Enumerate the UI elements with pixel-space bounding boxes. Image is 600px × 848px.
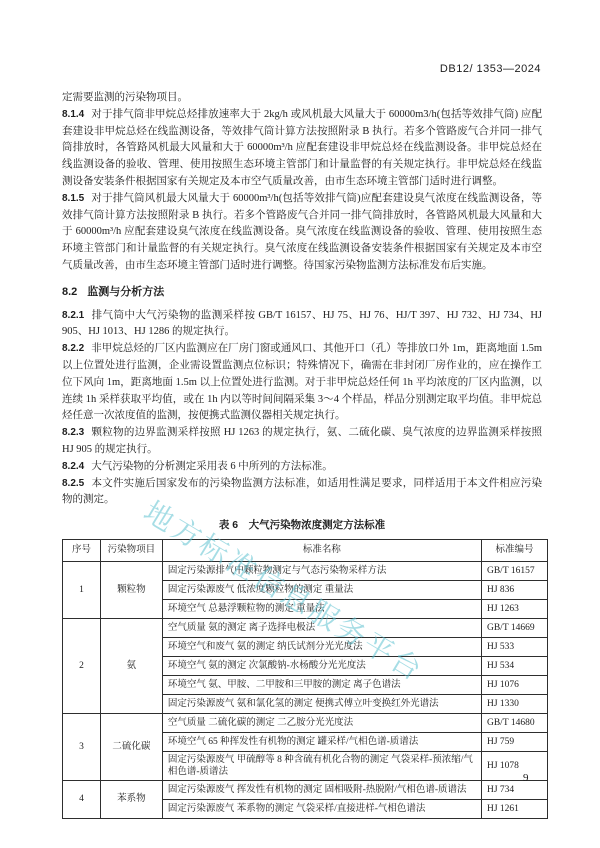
- clause-number: 8.2.4: [62, 461, 91, 472]
- standard-code-cell: HJ 1263: [481, 599, 547, 618]
- standard-name-cell: 环境空气和废气 氨的测定 纳氏试剂分光光度法: [162, 637, 481, 656]
- standard-name-cell: 固定污染源废气 苯系物的测定 气袋采样/直接进样-气相色谱法: [162, 799, 481, 818]
- clause-text: 非甲烷总烃的厂区内监测应在厂房门窗或通风口、其他开口（孔）等排放口外 1m，距离…: [62, 343, 542, 421]
- standard-code-cell: GB/T 14669: [481, 618, 547, 637]
- standard-name-cell: 固定污染源废气 氨和氯化氢的测定 便携式傅立叶变换红外光谱法: [162, 694, 481, 713]
- clause-text: 颗粒物的边界监测采样按照 HJ 1263 的规定执行，氨、二硫化碳、臭气浓度的边…: [62, 427, 542, 455]
- document-code: DB12/ 1353—2024: [440, 63, 541, 75]
- standard-code-cell: GB/T 16157: [481, 561, 547, 580]
- clause-8-2-5: 8.2.5本文件实施后国家发布的污染物监测方法标准，如适用性满足要求，同样适用于…: [62, 476, 542, 510]
- clause-8-1-4: 8.1.4对于排气筒非甲烷总烃排放速率大于 2kg/h 或风机最大风量大于 60…: [62, 107, 542, 191]
- standard-code-cell: HJ 1076: [481, 675, 547, 694]
- pollutant-cell: 颗粒物: [100, 561, 162, 618]
- clause-8-2-3: 8.2.3颗粒物的边界监测采样按照 HJ 1263 的规定执行，氨、二硫化碳、臭…: [62, 425, 542, 459]
- standard-name-cell: 环境空气 氨、甲胺、二甲胺和三甲胺的测定 离子色谱法: [162, 675, 481, 694]
- clause-text: 对于排气筒非甲烷总烃排放速率大于 2kg/h 或风机最大风量大于 60000m3…: [62, 109, 542, 187]
- standard-code-cell: HJ 1330: [481, 694, 547, 713]
- standard-name-cell: 环境空气 氨的测定 次氯酸钠-水杨酸分光光度法: [162, 656, 481, 675]
- standard-name-cell: 固定污染源排气中颗粒物测定与气态污染物采样方法: [162, 561, 481, 580]
- standard-code-cell: HJ 534: [481, 656, 547, 675]
- row-no-cell: 1: [63, 561, 101, 618]
- standard-code-cell: HJ 836: [481, 580, 547, 599]
- standard-code-cell: GB/T 14680: [481, 713, 547, 732]
- page-number: 9: [523, 772, 529, 784]
- standard-code-cell: HJ 1261: [481, 799, 547, 818]
- row-no-cell: 2: [63, 618, 101, 713]
- clause-text: 对于排气筒风机最大风量大于 60000m³/h(包括等效排气筒)应配套建设臭气浓…: [62, 193, 542, 271]
- page-body: 定需要监测的污染物项目。 8.1.4对于排气筒非甲烷总烃排放速率大于 2kg/h…: [62, 90, 542, 819]
- clause-number: 8.1.5: [62, 193, 91, 204]
- clause-text: 大气污染物的分析测定采用表 6 中所列的方法标准。: [91, 461, 333, 472]
- table-row: 3 二硫化碳 空气质量 二硫化碳的测定 二乙胺分光光度法 GB/T 14680: [63, 713, 548, 732]
- col-header-pollutant: 污染物项目: [100, 539, 162, 561]
- row-no-cell: 4: [63, 780, 101, 818]
- row-no-cell: 3: [63, 713, 101, 780]
- pollutant-cell: 氨: [100, 618, 162, 713]
- standard-name-cell: 环境空气 65 种挥发性有机物的测定 罐采样/气相色谱-质谱法: [162, 732, 481, 751]
- pollutant-cell: 苯系物: [100, 780, 162, 818]
- standard-name-cell: 环境空气 总悬浮颗粒物的测定 重量法: [162, 599, 481, 618]
- clause-number: 8.2.1: [62, 310, 91, 321]
- table-row: 1 颗粒物 固定污染源排气中颗粒物测定与气态污染物采样方法 GB/T 16157: [63, 561, 548, 580]
- clause-8-1-5: 8.1.5对于排气筒风机最大风量大于 60000m³/h(包括等效排气筒)应配套…: [62, 191, 542, 275]
- col-header-no: 序号: [63, 539, 101, 561]
- clause-8-2-4: 8.2.4大气污染物的分析测定采用表 6 中所列的方法标准。: [62, 459, 542, 476]
- clause-number: 8.2.3: [62, 427, 91, 438]
- clause-8-2-2: 8.2.2非甲烷总烃的厂区内监测应在厂房门窗或通风口、其他开口（孔）等排放口外 …: [62, 341, 542, 425]
- clause-number: 8.2.2: [62, 343, 91, 354]
- standard-code-cell: HJ 759: [481, 732, 547, 751]
- intro-line: 定需要监测的污染物项目。: [62, 90, 542, 107]
- standard-code-cell: HJ 533: [481, 637, 547, 656]
- section-heading-8-2: 8.2监测与分析方法: [62, 284, 542, 301]
- clause-number: 8.1.4: [62, 109, 91, 120]
- standard-name-cell: 固定污染源废气 甲硫醇等 8 种含硫有机化合物的测定 气袋采样-预浓缩/气相色谱…: [162, 751, 481, 780]
- col-header-standard-name: 标准名称: [162, 539, 481, 561]
- table-row: 2 氨 空气质量 氨的测定 离子选择电极法 GB/T 14669: [63, 618, 548, 637]
- standard-name-cell: 空气质量 二硫化碳的测定 二乙胺分光光度法: [162, 713, 481, 732]
- clause-number: 8.2.5: [62, 478, 91, 489]
- pollutant-cell: 二硫化碳: [100, 713, 162, 780]
- standard-name-cell: 空气质量 氨的测定 离子选择电极法: [162, 618, 481, 637]
- standard-name-cell: 固定污染源废气 挥发性有机物的测定 固相吸附-热脱附/气相色谱-质谱法: [162, 780, 481, 799]
- standard-code-cell: HJ 1078: [481, 751, 547, 780]
- clause-8-2-1: 8.2.1排气筒中大气污染物的监测采样按 GB/T 16157、HJ 75、HJ…: [62, 308, 542, 342]
- section-title: 监测与分析方法: [87, 286, 164, 298]
- clause-text: 本文件实施后国家发布的污染物监测方法标准，如适用性满足要求，同样适用于本文件相应…: [62, 478, 542, 506]
- standard-code-cell: HJ 734: [481, 780, 547, 799]
- table-caption: 表 6 大气污染物浓度测定方法标准: [62, 517, 542, 534]
- section-number: 8.2: [62, 286, 87, 298]
- table-header-row: 序号 污染物项目 标准名称 标准编号: [63, 539, 548, 561]
- clause-text: 排气筒中大气污染物的监测采样按 GB/T 16157、HJ 75、HJ 76、H…: [62, 310, 542, 338]
- standard-name-cell: 固定污染源废气 低浓度颗粒物的测定 重量法: [162, 580, 481, 599]
- standards-table: 序号 污染物项目 标准名称 标准编号 1 颗粒物 固定污染源排气中颗粒物测定与气…: [62, 539, 548, 819]
- table-row: 4 苯系物 固定污染源废气 挥发性有机物的测定 固相吸附-热脱附/气相色谱-质谱…: [63, 780, 548, 799]
- col-header-standard-code: 标准编号: [481, 539, 547, 561]
